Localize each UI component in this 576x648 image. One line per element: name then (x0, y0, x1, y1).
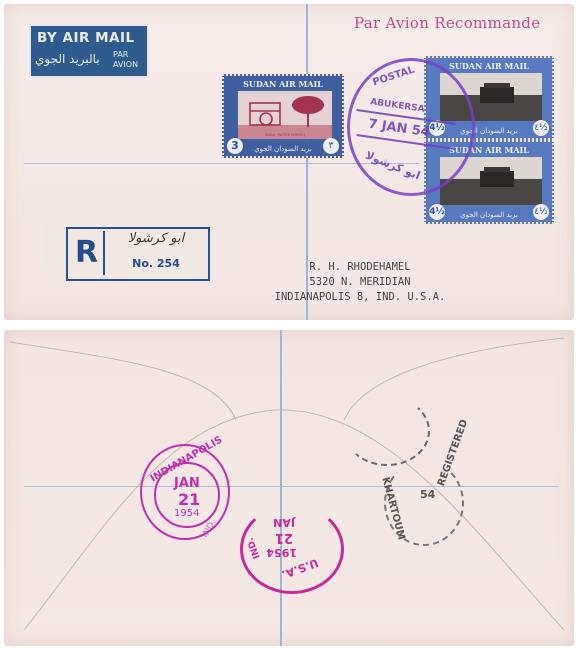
stamp-value-arabic: ٤½ (533, 120, 549, 136)
stamp-vignette-water-wheel: SAKIA (WATER WHEEL) (238, 91, 328, 138)
registration-number: No. 254 (108, 257, 204, 270)
airmail-french: PAR AVION (113, 50, 138, 70)
address-line3: INDIANAPOLIS 8, IND. U.S.A. (260, 290, 460, 305)
envelope-back: INDIANAPOLIS JAN 21 1954 IND. U.S.A. 195… (4, 330, 574, 646)
postmark-year: 1954 (174, 508, 199, 519)
airmail-par: PAR (113, 50, 138, 60)
stamp-value-arabic: ٣ (323, 138, 339, 154)
postmark-year: 1954 (266, 546, 297, 559)
stamp-arabic: بريد السودان الجوي (246, 145, 320, 153)
registration-line-horizontal (24, 486, 559, 487)
address-line1: R. H. RHODEHAMEL (260, 260, 460, 275)
postmark-month: JAN (273, 516, 295, 529)
stamp-3pt: SUDAN AIR MAIL SAKIA (WATER WHEEL) بريد … (222, 74, 344, 158)
postmark-country: U.S.A. (280, 556, 320, 581)
postmark-state: IND. (246, 536, 263, 560)
svg-text:SAKIA (WATER WHEEL): SAKIA (WATER WHEEL) (265, 133, 306, 137)
water-wheel-icon: SAKIA (WATER WHEEL) (238, 91, 332, 139)
envelope-front: BY AIR MAIL بالبريد الجوي PAR AVION Par … (4, 4, 574, 320)
postmark-indianapolis: INDIANAPOLIS JAN 21 1954 IND. (140, 444, 230, 540)
postmark-gray-partial (344, 396, 430, 466)
airmail-label: BY AIR MAIL بالبريد الجوي PAR AVION (29, 24, 149, 78)
postmark-abukersa: POSTAL ABUKERSA 7 JAN 54 ابو كرشولا (347, 58, 475, 196)
postmark-year: 54 (420, 488, 435, 501)
postmark-khartoum: KHARTOUM 54 REGISTERED (384, 460, 464, 546)
envelope-flaps (4, 330, 574, 646)
registration-line-vertical (280, 330, 282, 646)
stamp-header: SUDAN AIR MAIL (224, 79, 342, 89)
postmark-arabic: ابو كرشولا (364, 149, 422, 183)
registration-box: R ابو كرشولا No. 254 (66, 227, 210, 281)
stamp-value: 4½ (429, 204, 445, 220)
recommande-handstamp: Par Avion Recommande (354, 14, 540, 32)
address-line2: 5320 N. MERIDIAN (260, 275, 460, 290)
stamp-value-arabic: ٤½ (533, 204, 549, 220)
registration-office-handwritten: ابو كرشولا (108, 231, 204, 246)
postmark-month: JAN (174, 476, 200, 491)
registration-label: R ابو كرشولا No. 254 (44, 221, 214, 283)
postmark-usa-inverted: U.S.A. 1954 21 JAN IND. (240, 504, 344, 594)
stamp-value: 3 (227, 138, 243, 154)
stamp-arabic: بريد السودان الجوي (448, 211, 530, 219)
airmail-arabic: بالبريد الجوي (35, 52, 100, 66)
postmark-day: 21 (178, 490, 200, 509)
airmail-avion: AVION (113, 60, 138, 70)
postmark-line1: POSTAL (371, 65, 415, 89)
postmark-day: 21 (275, 530, 293, 545)
airmail-title: BY AIR MAIL (37, 30, 135, 46)
recipient-address: R. H. RHODEHAMEL 5320 N. MERIDIAN INDIAN… (260, 260, 460, 305)
registration-letter: R (70, 231, 105, 275)
